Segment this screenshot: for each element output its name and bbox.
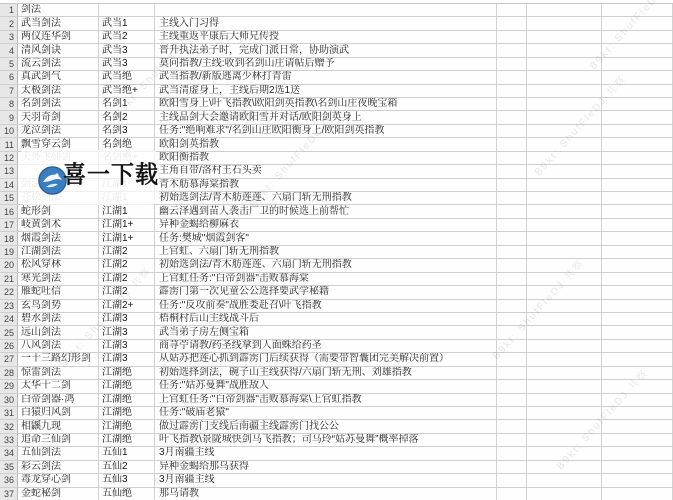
- name-cell[interactable]: 一十三路幻形剑: [18, 353, 99, 365]
- name-cell[interactable]: 相鼷九现: [18, 420, 99, 432]
- tier-cell[interactable]: [99, 4, 155, 16]
- row-number-cell[interactable]: 30: [0, 394, 18, 406]
- desc-cell[interactable]: 叶飞指教\景陇城快剑马飞指教；司马玲“姑苏曼舞”概率掉落: [155, 434, 497, 446]
- empty-cell[interactable]: [602, 44, 673, 56]
- name-cell[interactable]: 烟霞剑法: [18, 232, 99, 244]
- name-cell[interactable]: 碧水剑法: [18, 313, 99, 325]
- empty-cell[interactable]: [602, 313, 673, 325]
- empty-cell[interactable]: [497, 394, 527, 406]
- desc-cell[interactable]: 主线入门习得: [155, 17, 497, 29]
- table-row: 10龙泣剑法名剑3任务:"绝响难求"/名剑山庄欧阳衡身上/欧阳剑英指教: [0, 125, 673, 138]
- spreadsheet: 1剑法2武当剑法武当1主线入门习得3两仪连华剑武当2主线重返平康后大师兄传授4清…: [0, 0, 673, 500]
- empty-cell[interactable]: [602, 111, 673, 123]
- empty-cell[interactable]: [527, 58, 602, 70]
- row-number-cell[interactable]: 33: [0, 434, 18, 446]
- empty-cell[interactable]: [527, 461, 602, 473]
- name-cell[interactable]: 天羽奇剑: [18, 111, 99, 123]
- empty-cell[interactable]: [602, 152, 673, 164]
- empty-cell[interactable]: [602, 232, 673, 244]
- desc-cell[interactable]: 初始选剑法/青木舫莲莲、六扇门斩无刑指教: [155, 259, 497, 271]
- tier-cell[interactable]: 五仙2: [99, 461, 155, 473]
- row-number-cell[interactable]: 2: [0, 17, 18, 29]
- empty-cell[interactable]: [527, 98, 602, 110]
- empty-cell[interactable]: [602, 367, 673, 379]
- empty-cell[interactable]: [497, 232, 527, 244]
- row-number-cell[interactable]: 24: [0, 313, 18, 325]
- row-number-cell[interactable]: 10: [0, 125, 18, 137]
- table-row: 24碧水剑法江湖3梧桐村后山主线战斗后: [0, 313, 673, 326]
- tier-cell[interactable]: 江湖1+: [99, 219, 155, 231]
- desc-cell[interactable]: 任务:"绝响难求"/名剑山庄欧阳衡身上/欧阳剑英指教: [155, 125, 497, 137]
- empty-cell[interactable]: [527, 420, 602, 432]
- empty-cell[interactable]: [527, 111, 602, 123]
- table-row: 7太极剑法武当绝+武当清虚身上，主线后期2选1送: [0, 85, 673, 98]
- tier-cell[interactable]: 江湖1+: [99, 232, 155, 244]
- name-cell[interactable]: 八风剑法: [18, 340, 99, 352]
- desc-cell[interactable]: 从姑苏把莲心抓到霹雳门后续获得（需要带智囊团完美解决前置）: [155, 353, 497, 365]
- empty-cell[interactable]: [527, 219, 602, 231]
- empty-cell[interactable]: [497, 111, 527, 123]
- empty-cell[interactable]: [527, 407, 602, 419]
- table-row: 29太华十二剑江湖绝任务:"姑苏曼舞"战胜敌人: [0, 380, 673, 393]
- empty-cell[interactable]: [602, 165, 673, 177]
- row-number-cell[interactable]: 13: [0, 165, 18, 177]
- empty-cell[interactable]: [527, 165, 602, 177]
- empty-cell[interactable]: [602, 420, 673, 432]
- desc-cell[interactable]: 武当弟子房左侧宝箱: [155, 326, 497, 338]
- empty-cell[interactable]: [602, 98, 673, 110]
- empty-cell[interactable]: [497, 125, 527, 137]
- empty-cell[interactable]: [602, 488, 673, 500]
- row-number-cell[interactable]: 20: [0, 259, 18, 271]
- tier-cell[interactable]: 武当绝: [99, 71, 155, 83]
- row-number-cell[interactable]: 21: [0, 273, 18, 285]
- empty-cell[interactable]: [602, 407, 673, 419]
- empty-cell[interactable]: [497, 367, 527, 379]
- empty-cell[interactable]: [527, 44, 602, 56]
- empty-cell[interactable]: [497, 165, 527, 177]
- row-number-cell[interactable]: 29: [0, 380, 18, 392]
- empty-cell[interactable]: [602, 340, 673, 352]
- empty-cell[interactable]: [602, 326, 673, 338]
- empty-cell[interactable]: [602, 58, 673, 70]
- row-number-cell[interactable]: 31: [0, 407, 18, 419]
- name-cell[interactable]: 两仪连华剑: [18, 31, 99, 43]
- empty-cell[interactable]: [527, 232, 602, 244]
- row-number-cell[interactable]: 1: [0, 4, 18, 16]
- table-row: 1剑法: [0, 4, 673, 17]
- tier-cell[interactable]: 江湖2: [99, 286, 155, 298]
- tier-cell[interactable]: 名剑1: [99, 98, 155, 110]
- row-number-cell[interactable]: 25: [0, 326, 18, 338]
- name-cell[interactable]: 追命三仙剑: [18, 434, 99, 446]
- tier-cell[interactable]: 江湖2: [99, 246, 155, 258]
- empty-cell[interactable]: [497, 98, 527, 110]
- tier-cell[interactable]: 名剑2: [99, 111, 155, 123]
- empty-cell[interactable]: [527, 179, 602, 191]
- empty-cell[interactable]: [527, 474, 602, 486]
- desc-cell[interactable]: 欧阳雪身上\叶飞指教\欧阳剑英指教\名剑山庄夜晚宝箱: [155, 98, 497, 110]
- desc-cell[interactable]: [155, 4, 497, 16]
- table-row: 23玄鸟剑势江湖2+任务:"反攻前奏"战胜娄赴召\叶飞指教: [0, 300, 673, 313]
- tier-cell[interactable]: 武当1: [99, 17, 155, 29]
- row-number-cell[interactable]: 19: [0, 246, 18, 258]
- empty-cell[interactable]: [527, 192, 602, 204]
- empty-cell[interactable]: [527, 353, 602, 365]
- empty-cell[interactable]: [527, 367, 602, 379]
- desc-cell[interactable]: 欧阳衡指教: [155, 152, 497, 164]
- name-cell[interactable]: 清风剑诀: [18, 44, 99, 56]
- table-row: 18烟霞剑法江湖1+任务:樊城"烟霞剑客": [0, 232, 673, 245]
- tier-cell[interactable]: 江湖3: [99, 326, 155, 338]
- empty-cell[interactable]: [602, 474, 673, 486]
- desc-cell[interactable]: 异种金蝎给那乌获得: [155, 461, 497, 473]
- table-row: 17岐黄剑术江湖1+异种金蝎给柳麻衣: [0, 219, 673, 232]
- empty-cell[interactable]: [602, 138, 673, 150]
- table-row: 6真武剑气武当绝武当指教/新版逃离少林打青雷: [0, 71, 673, 84]
- tier-cell[interactable]: 江湖3: [99, 340, 155, 352]
- row-number-cell[interactable]: 37: [0, 488, 18, 500]
- table-row: 34五仙剑法五仙13月南疆主线: [0, 447, 673, 460]
- name-cell[interactable]: 松风穿林: [18, 259, 99, 271]
- row-number-cell[interactable]: 23: [0, 300, 18, 312]
- name-cell[interactable]: 玄鸟剑势: [18, 300, 99, 312]
- desc-cell[interactable]: 上官虹任务:"白帝剑器"击败慕海棠\上官虹指教: [155, 394, 497, 406]
- empty-cell[interactable]: [527, 326, 602, 338]
- empty-cell[interactable]: [602, 286, 673, 298]
- empty-cell[interactable]: [527, 152, 602, 164]
- tier-cell[interactable]: 江湖1: [99, 205, 155, 217]
- row-number-cell[interactable]: 27: [0, 353, 18, 365]
- table-row: 25远山剑法江湖3武当弟子房左侧宝箱: [0, 326, 673, 339]
- desc-cell[interactable]: 3月南疆主线: [155, 447, 497, 459]
- tier-cell[interactable]: 江湖3: [99, 353, 155, 365]
- empty-cell[interactable]: [527, 85, 602, 97]
- empty-cell[interactable]: [527, 380, 602, 392]
- empty-cell[interactable]: [497, 461, 527, 473]
- tier-cell[interactable]: 江湖2: [99, 273, 155, 285]
- empty-cell[interactable]: [527, 340, 602, 352]
- name-cell[interactable]: 彩云剑法: [18, 461, 99, 473]
- row-number-cell[interactable]: 4: [0, 44, 18, 56]
- tier-cell[interactable]: 名剑绝: [99, 138, 155, 150]
- desc-cell[interactable]: 初始选择剑法，碗子山主线获得/六扇门斩无刑、刘雄指教: [155, 367, 497, 379]
- empty-cell[interactable]: [602, 192, 673, 204]
- empty-cell[interactable]: [602, 461, 673, 473]
- empty-cell[interactable]: [527, 17, 602, 29]
- table-row: 4清风剑诀武当3晋升执法弟子时，完成门派日常，协助演武: [0, 44, 673, 57]
- empty-cell[interactable]: [527, 125, 602, 137]
- empty-cell[interactable]: [497, 246, 527, 258]
- tier-cell[interactable]: 江湖绝: [99, 420, 155, 432]
- empty-cell[interactable]: [602, 31, 673, 43]
- desc-cell[interactable]: 青木舫慕海棠指教: [155, 179, 497, 191]
- name-cell[interactable]: 太华十二剑: [18, 380, 99, 392]
- row-number-cell[interactable]: 36: [0, 474, 18, 486]
- empty-cell[interactable]: [527, 447, 602, 459]
- tier-cell[interactable]: 江湖3: [99, 313, 155, 325]
- empty-cell[interactable]: [602, 17, 673, 29]
- row-number-cell[interactable]: 12: [0, 152, 18, 164]
- table-row: 16蛇形剑江湖1幽云泽遇到苗人袭击厂卫的时候选上前帮忙: [0, 205, 673, 218]
- empty-cell[interactable]: [527, 394, 602, 406]
- empty-cell[interactable]: [497, 420, 527, 432]
- empty-cell[interactable]: [602, 300, 673, 312]
- row-number-cell[interactable]: 34: [0, 447, 18, 459]
- desc-cell[interactable]: 欧阳剑英指教: [155, 138, 497, 150]
- empty-cell[interactable]: [602, 380, 673, 392]
- desc-cell[interactable]: 主线品剑大会邀请欧阳雪并对话/欧阳剑英身上: [155, 111, 497, 123]
- empty-cell[interactable]: [527, 138, 602, 150]
- tier-cell[interactable]: 江湖绝: [99, 380, 155, 392]
- empty-cell[interactable]: [602, 4, 673, 16]
- empty-cell[interactable]: [497, 353, 527, 365]
- empty-cell[interactable]: [602, 179, 673, 191]
- empty-cell[interactable]: [602, 273, 673, 285]
- row-number-cell[interactable]: 8: [0, 98, 18, 110]
- empty-cell[interactable]: [602, 85, 673, 97]
- row-number-cell[interactable]: 7: [0, 85, 18, 97]
- tier-cell[interactable]: 五仙3: [99, 474, 155, 486]
- table-row: 32相鼷九现江湖绝做过霹雳门支线后南疆主线霹雳门找公公: [0, 420, 673, 433]
- row-number-cell[interactable]: 3: [0, 31, 18, 43]
- row-number-cell[interactable]: 6: [0, 71, 18, 83]
- desc-cell[interactable]: 幽云泽遇到苗人袭击厂卫的时候选上前帮忙: [155, 205, 497, 217]
- table-row: 20松风穿林江湖2初始选剑法/青木舫莲莲、六扇门斩无刑指教: [0, 259, 673, 272]
- empty-cell[interactable]: [497, 58, 527, 70]
- name-cell[interactable]: 雁蛇吐信: [18, 286, 99, 298]
- row-number-cell[interactable]: 35: [0, 461, 18, 473]
- desc-cell[interactable]: 初始选剑法/青木舫莲莲、六扇门斩无刑指教: [155, 192, 497, 204]
- empty-cell[interactable]: [497, 259, 527, 271]
- empty-cell[interactable]: [602, 205, 673, 217]
- empty-cell[interactable]: [602, 447, 673, 459]
- empty-cell[interactable]: [602, 246, 673, 258]
- name-cell[interactable]: 寒光剑法: [18, 273, 99, 285]
- row-number-cell[interactable]: 11: [0, 138, 18, 150]
- desc-cell[interactable]: 主线重返平康后大师兄传授: [155, 31, 497, 43]
- empty-cell[interactable]: [527, 31, 602, 43]
- empty-cell[interactable]: [602, 394, 673, 406]
- table-row: 28惊雷剑法江湖绝初始选择剑法，碗子山主线获得/六扇门斩无刑、刘雄指教: [0, 367, 673, 380]
- empty-cell[interactable]: [602, 434, 673, 446]
- empty-cell[interactable]: [527, 286, 602, 298]
- empty-cell[interactable]: [527, 488, 602, 500]
- empty-cell[interactable]: [497, 152, 527, 164]
- tier-cell[interactable]: 江湖绝: [99, 394, 155, 406]
- desc-cell[interactable]: 主角自带/洛村王石头卖: [155, 165, 497, 177]
- row-number-cell[interactable]: 5: [0, 58, 18, 70]
- empty-cell[interactable]: [497, 273, 527, 285]
- desc-cell[interactable]: 任务:"姑苏曼舞"战胜敌人: [155, 380, 497, 392]
- desc-cell[interactable]: 任务:"破庙老猿": [155, 407, 497, 419]
- empty-cell[interactable]: [602, 125, 673, 137]
- empty-cell[interactable]: [527, 273, 602, 285]
- desc-cell[interactable]: 异种金蝎给柳麻衣: [155, 219, 497, 231]
- empty-cell[interactable]: [497, 17, 527, 29]
- empty-cell[interactable]: [527, 300, 602, 312]
- row-number-cell[interactable]: 18: [0, 232, 18, 244]
- table-row: 26八风剑法江湖3商荨苧请教/药圣线拿到人面蛛给药圣: [0, 340, 673, 353]
- table-row: 30白帝剑器·鸿江湖绝上官虹任务:"白帝剑器"击败慕海棠\上官虹指教: [0, 394, 673, 407]
- name-cell[interactable]: 毒龙穿心剑: [18, 474, 99, 486]
- table-row: 36毒龙穿心剑五仙33月南疆主线: [0, 474, 673, 487]
- table-row: 35彩云剑法五仙2异种金蝎给那乌获得: [0, 461, 673, 474]
- empty-cell[interactable]: [497, 205, 527, 217]
- table-row: 37金蛇秘剑五仙绝那乌请教: [0, 488, 673, 500]
- name-cell[interactable]: 龙泣剑法: [18, 125, 99, 137]
- table-row: 8名剑剑法名剑1欧阳雪身上\叶飞指教\欧阳剑英指教\名剑山庄夜晚宝箱: [0, 98, 673, 111]
- empty-cell[interactable]: [497, 407, 527, 419]
- name-cell[interactable]: 太极剑法: [18, 85, 99, 97]
- empty-cell[interactable]: [527, 205, 602, 217]
- table-row: 33追命三仙剑江湖绝叶飞指教\景陇城快剑马飞指教；司马玲“姑苏曼舞”概率掉落: [0, 434, 673, 447]
- empty-cell[interactable]: [497, 313, 527, 325]
- empty-cell[interactable]: [497, 300, 527, 312]
- tier-cell[interactable]: 武当3: [99, 44, 155, 56]
- tier-cell[interactable]: 江湖绝: [99, 367, 155, 379]
- empty-cell[interactable]: [527, 259, 602, 271]
- empty-cell[interactable]: [527, 434, 602, 446]
- table-row: 5流云剑法武当3莫问指教/主线:收到名剑山庄请帖后赠予: [0, 58, 673, 71]
- tier-cell[interactable]: 名剑3: [99, 125, 155, 137]
- tier-cell[interactable]: 江湖绝: [99, 434, 155, 446]
- name-cell[interactable]: 白帝剑器·鸿: [18, 394, 99, 406]
- table-row: 3两仪连华剑武当2主线重返平康后大师兄传授: [0, 31, 673, 44]
- empty-cell[interactable]: [497, 31, 527, 43]
- desc-cell[interactable]: 武当清虚身上，主线后期2选1送: [155, 85, 497, 97]
- table-row: 31白猿归风剑江湖绝任务:"破庙老猿": [0, 407, 673, 420]
- desc-cell[interactable]: 商荨苧请教/药圣线拿到人面蛛给药圣: [155, 340, 497, 352]
- empty-cell[interactable]: [497, 44, 527, 56]
- empty-cell[interactable]: [602, 219, 673, 231]
- desc-cell[interactable]: 上官虹、六扇门斩无刑指教: [155, 246, 497, 258]
- desc-cell[interactable]: 上官虹任务:"白帝剑器"击败慕海棠: [155, 273, 497, 285]
- row-number-cell[interactable]: 17: [0, 219, 18, 231]
- name-cell[interactable]: 武当剑法: [18, 17, 99, 29]
- empty-cell[interactable]: [602, 353, 673, 365]
- tier-cell[interactable]: 江湖2+: [99, 300, 155, 312]
- empty-cell[interactable]: [497, 85, 527, 97]
- empty-cell[interactable]: [602, 71, 673, 83]
- table-row: 19江湖剑法江湖2上官虹、六扇门斩无刑指教: [0, 246, 673, 259]
- empty-cell[interactable]: [497, 4, 527, 16]
- desc-cell[interactable]: 莫问指教/主线:收到名剑山庄请帖后赠予: [155, 58, 497, 70]
- sword-table: 1剑法2武当剑法武当1主线入门习得3两仪连华剑武当2主线重返平康后大师兄传授4清…: [0, 3, 673, 500]
- empty-cell[interactable]: [497, 434, 527, 446]
- empty-cell[interactable]: [527, 246, 602, 258]
- empty-cell[interactable]: [497, 488, 527, 500]
- tier-cell[interactable]: 江湖绝: [99, 407, 155, 419]
- empty-cell[interactable]: [497, 326, 527, 338]
- empty-cell[interactable]: [497, 286, 527, 298]
- desc-cell[interactable]: 做过霹雳门支线后南疆主线霹雳门找公公: [155, 420, 497, 432]
- tier-cell[interactable]: 五仙绝: [99, 488, 155, 500]
- tier-cell[interactable]: 武当2: [99, 31, 155, 43]
- name-cell[interactable]: 惊雷剑法: [18, 367, 99, 379]
- row-number-cell[interactable]: 14: [0, 179, 18, 191]
- name-cell[interactable]: 剑法: [18, 4, 99, 16]
- desc-cell[interactable]: 3月南疆主线: [155, 474, 497, 486]
- empty-cell[interactable]: [497, 380, 527, 392]
- name-cell[interactable]: 飘雪穿云剑: [18, 138, 99, 150]
- empty-cell[interactable]: [497, 192, 527, 204]
- name-cell[interactable]: 流云剑法: [18, 58, 99, 70]
- empty-cell[interactable]: [497, 138, 527, 150]
- desc-cell[interactable]: 那乌请教: [155, 488, 497, 500]
- name-cell[interactable]: 五仙剑法: [18, 447, 99, 459]
- row-number-cell[interactable]: 28: [0, 367, 18, 379]
- tier-cell[interactable]: 江湖2: [99, 259, 155, 271]
- row-number-cell[interactable]: 32: [0, 420, 18, 432]
- empty-cell[interactable]: [497, 179, 527, 191]
- watermark-label: 喜一下载: [63, 155, 159, 189]
- name-cell[interactable]: 白猿归风剑: [18, 407, 99, 419]
- name-cell[interactable]: 真武剑气: [18, 71, 99, 83]
- table-row: 27一十三路幻形剑江湖3从姑苏把莲心抓到霹雳门后续获得（需要带智囊团完美解决前置…: [0, 353, 673, 366]
- table-row: 2武当剑法武当1主线入门习得: [0, 17, 673, 30]
- name-cell[interactable]: 名剑剑法: [18, 98, 99, 110]
- empty-cell[interactable]: [497, 447, 527, 459]
- empty-cell[interactable]: [602, 259, 673, 271]
- desc-cell[interactable]: 晋升执法弟子时，完成门派日常，协助演武: [155, 44, 497, 56]
- empty-cell[interactable]: [497, 71, 527, 83]
- name-cell[interactable]: 远山剑法: [18, 326, 99, 338]
- empty-cell[interactable]: [527, 313, 602, 325]
- empty-cell[interactable]: [497, 340, 527, 352]
- desc-cell[interactable]: 霹雳门第一次见童公公选择要武学秘籍: [155, 286, 497, 298]
- tier-cell[interactable]: 武当3: [99, 58, 155, 70]
- row-number-cell[interactable]: 26: [0, 340, 18, 352]
- desc-cell[interactable]: 武当指教/新版逃离少林打青雷: [155, 71, 497, 83]
- empty-cell[interactable]: [497, 474, 527, 486]
- desc-cell[interactable]: 梧桐村后山主线战斗后: [155, 313, 497, 325]
- desc-cell[interactable]: 任务:樊城"烟霞剑客": [155, 232, 497, 244]
- empty-cell[interactable]: [527, 71, 602, 83]
- table-row: 9天羽奇剑名剑2主线品剑大会邀请欧阳雪并对话/欧阳剑英身上: [0, 111, 673, 124]
- tier-cell[interactable]: 五仙1: [99, 447, 155, 459]
- name-cell[interactable]: 蛇形剑: [18, 205, 99, 217]
- table-row: 21寒光剑法江湖2上官虹任务:"白帝剑器"击败慕海棠: [0, 273, 673, 286]
- empty-cell[interactable]: [527, 4, 602, 16]
- name-cell[interactable]: 岐黄剑术: [18, 219, 99, 231]
- name-cell[interactable]: 江湖剑法: [18, 246, 99, 258]
- tier-cell[interactable]: 武当绝+: [99, 85, 155, 97]
- name-cell[interactable]: 金蛇秘剑: [18, 488, 99, 500]
- table-row: 22雁蛇吐信江湖2霹雳门第一次见童公公选择要武学秘籍: [0, 286, 673, 299]
- empty-cell[interactable]: [497, 219, 527, 231]
- row-number-cell[interactable]: 22: [0, 286, 18, 298]
- row-number-cell[interactable]: 16: [0, 205, 18, 217]
- row-number-cell[interactable]: 9: [0, 111, 18, 123]
- row-number-cell[interactable]: 15: [0, 192, 18, 204]
- desc-cell[interactable]: 任务:"反攻前奏"战胜娄赴召\叶飞指教: [155, 300, 497, 312]
